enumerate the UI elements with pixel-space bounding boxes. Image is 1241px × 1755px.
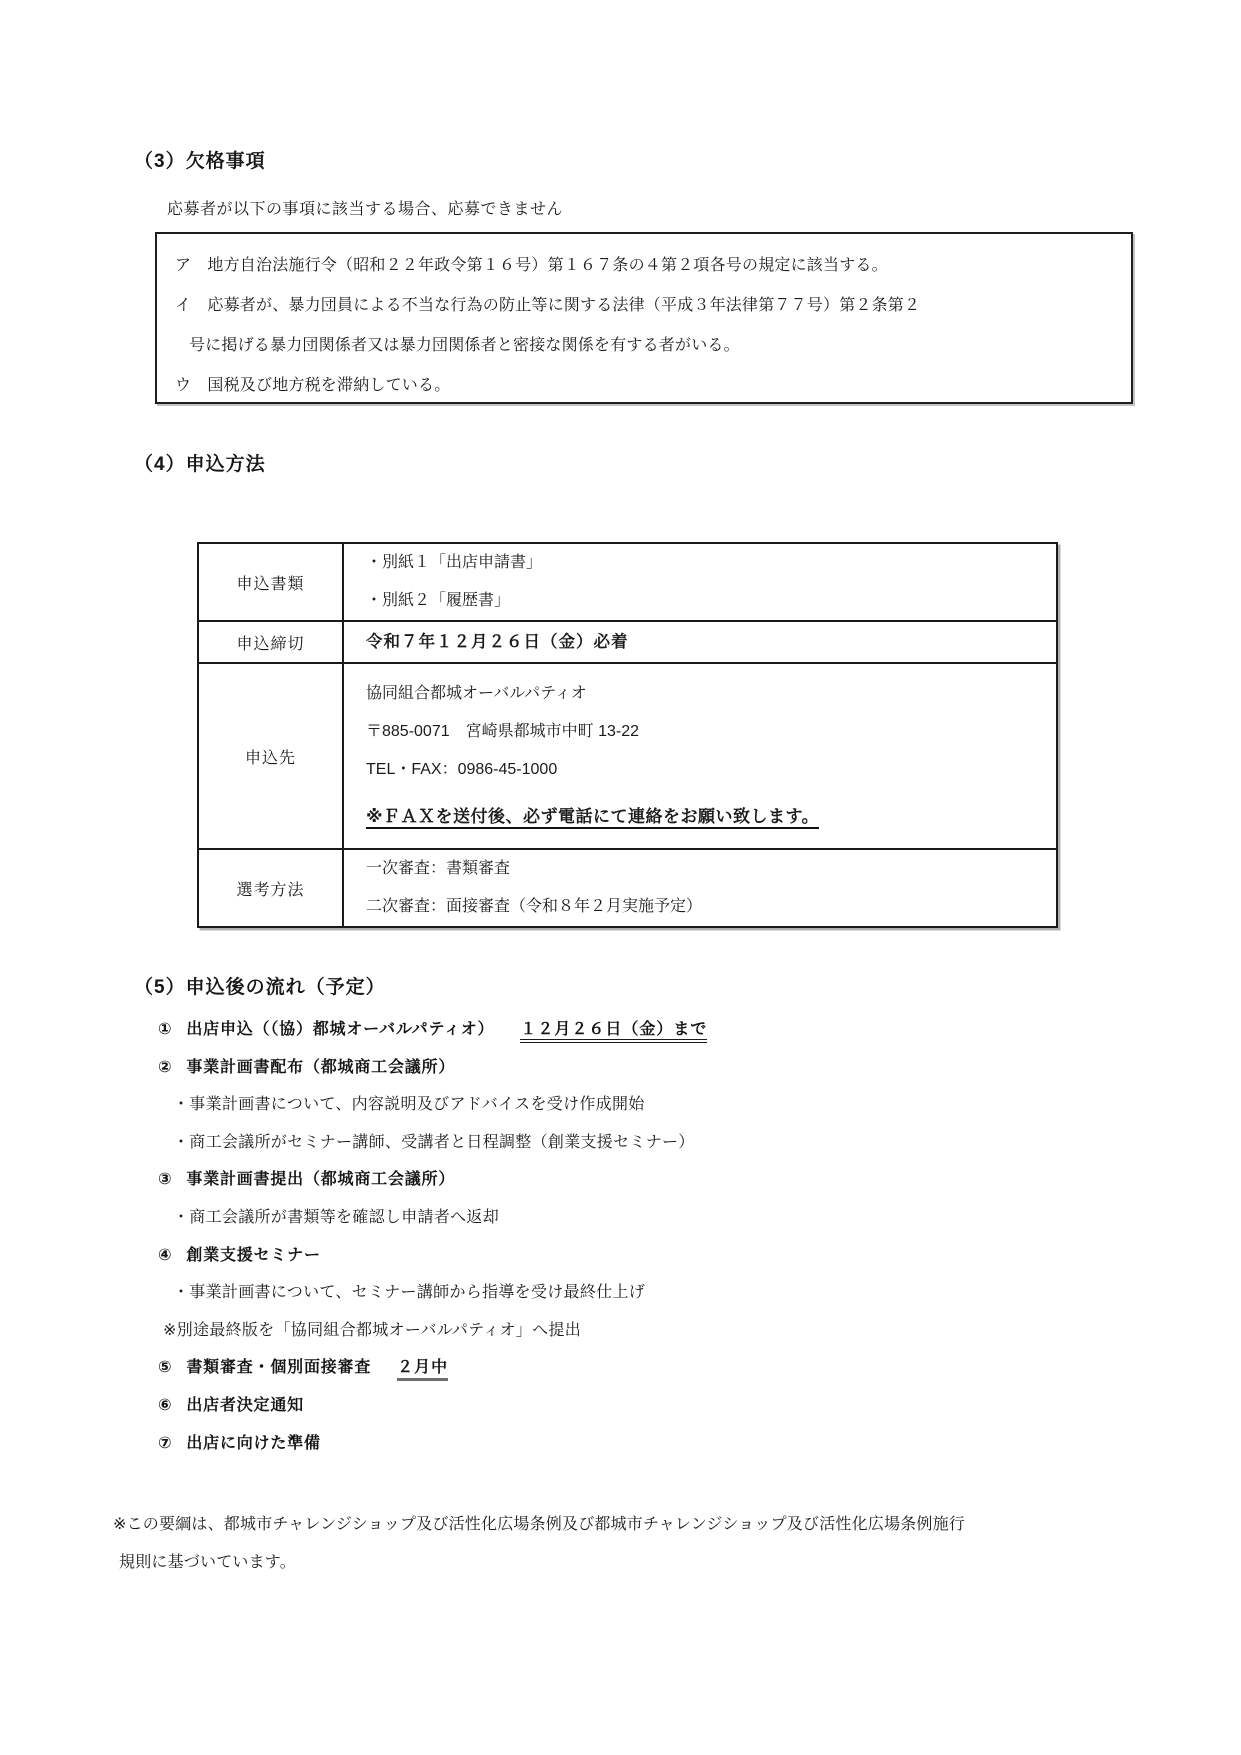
- row-label-documents: 申込書類: [198, 543, 343, 621]
- step-2-title: ②事業計画書配布（都城商工会議所）: [158, 1049, 1108, 1087]
- step-5-title: ⑤書類審査・個別面接審査２月中: [158, 1349, 1108, 1387]
- step-3-note: ・商工会議所が書類等を確認し申請者へ返却: [158, 1199, 1108, 1237]
- row-value-documents: ・別紙１「出店申請書」 ・別紙２「履歴書」: [343, 543, 1057, 621]
- step-2-note: ・事業計画書について、内容説明及びアドバイスを受け作成開始: [158, 1086, 1108, 1124]
- table-row-destination: 申込先 協同組合都城オーバルパティオ 〒885-0071 宮崎県都城市中町 13…: [198, 663, 1057, 849]
- step-4-title: ④創業支援セミナー: [158, 1237, 1108, 1275]
- footer-note: ※この要綱は、都城市チャレンジショップ及び活性化広場条例及び都城市チャレンジショ…: [113, 1506, 1173, 1582]
- deadline-text: 令和７年１２月２６日（金）必着: [366, 623, 1056, 661]
- box-item-i-line2: 号に掲げる暴力団関係者又は暴力団関係者と密接な関係を有する者がいる。: [175, 326, 1117, 366]
- step-6-number: ⑥: [158, 1397, 172, 1414]
- table-row-selection: 選考方法 一次審査：書類審査 二次審査：面接審査（令和８年２月実施予定）: [198, 849, 1057, 927]
- row-value-selection: 一次審査：書類審査 二次審査：面接審査（令和８年２月実施予定）: [343, 849, 1057, 927]
- step-7-text: 出店に向けた準備: [186, 1435, 320, 1452]
- row-label-selection: 選考方法: [198, 849, 343, 927]
- table-row-documents: 申込書類 ・別紙１「出店申請書」 ・別紙２「履歴書」: [198, 543, 1057, 621]
- section3-heading: （3）欠格事項: [134, 146, 266, 173]
- selection-line: 一次審査：書類審査: [366, 850, 1056, 888]
- destination-org: 協同組合都城オーバルパティオ: [366, 675, 1056, 713]
- row-value-deadline: 令和７年１２月２６日（金）必着: [343, 621, 1057, 663]
- section4-heading: （4）申込方法: [134, 449, 266, 476]
- box-item-a: ア 地方自治法施行令（昭和２２年政令第１６号）第１６７条の４第２項各号の規定に該…: [175, 246, 1117, 286]
- destination-address: 〒885-0071 宮崎県都城市中町 13-22: [366, 713, 1056, 751]
- document-page: （3）欠格事項 応募者が以下の事項に該当する場合、応募できません ア 地方自治法…: [0, 0, 1241, 1755]
- step-7-number: ⑦: [158, 1435, 172, 1452]
- step-1-text: 出店申込（（協）都城オーバルパティオ）: [186, 1021, 494, 1038]
- step-2-text: 事業計画書配布（都城商工会議所）: [186, 1059, 455, 1076]
- step-3-number: ③: [158, 1171, 172, 1188]
- step-5-number: ⑤: [158, 1359, 172, 1376]
- step-1-deadline: １２月２６日（金）まで: [520, 1021, 707, 1043]
- footer-line-2: 規則に基づいています。: [113, 1544, 1173, 1582]
- step-4-extra-note: ※別途最終版を「協同組合都城オーバルパティオ」へ提出: [158, 1312, 1108, 1350]
- step-3-title: ③事業計画書提出（都城商工会議所）: [158, 1161, 1108, 1199]
- step-2-note: ・商工会議所がセミナー講師、受講者と日程調整（創業支援セミナー）: [158, 1124, 1108, 1162]
- step-6-title: ⑥出店者決定通知: [158, 1387, 1108, 1425]
- step-3-text: 事業計画書提出（都城商工会議所）: [186, 1171, 455, 1188]
- box-item-i-line1: イ 応募者が、暴力団員による不当な行為の防止等に関する法律（平成３年法律第７７号…: [175, 286, 1117, 326]
- step-1-number: ①: [158, 1021, 172, 1038]
- disqualification-box: ア 地方自治法施行令（昭和２２年政令第１６号）第１６７条の４第２項各号の規定に該…: [155, 232, 1133, 404]
- fax-warning-text: ※ＦＡＸを送付後、必ず電話にて連絡をお願い致します。: [366, 807, 819, 829]
- section5-heading: （5）申込後の流れ（予定）: [134, 972, 386, 999]
- step-5-deadline: ２月中: [397, 1359, 448, 1381]
- application-method-table: 申込書類 ・別紙１「出店申請書」 ・別紙２「履歴書」 申込締切 令和７年１２月２…: [197, 542, 1058, 928]
- step-4-note: ・事業計画書について、セミナー講師から指導を受け最終仕上げ: [158, 1274, 1108, 1312]
- destination-tel-fax: TEL・FAX：0986-45-1000: [366, 751, 1056, 789]
- footer-line-1: ※この要綱は、都城市チャレンジショップ及び活性化広場条例及び都城市チャレンジショ…: [113, 1506, 1173, 1544]
- box-item-u: ウ 国税及び地方税を滞納している。: [175, 366, 1117, 406]
- document-line: ・別紙２「履歴書」: [366, 582, 1056, 620]
- document-line: ・別紙１「出店申請書」: [366, 544, 1056, 582]
- fax-warning-line: ※ＦＡＸを送付後、必ず電話にて連絡をお願い致します。: [366, 798, 1056, 837]
- step-1-title: ①出店申込（（協）都城オーバルパティオ）１２月２６日（金）まで: [158, 1011, 1108, 1049]
- row-label-destination: 申込先: [198, 663, 343, 849]
- selection-line: 二次審査：面接審査（令和８年２月実施予定）: [366, 888, 1056, 926]
- step-4-number: ④: [158, 1247, 172, 1264]
- step-7-title: ⑦出店に向けた準備: [158, 1425, 1108, 1463]
- steps-list: ①出店申込（（協）都城オーバルパティオ）１２月２６日（金）まで ②事業計画書配布…: [158, 1011, 1108, 1462]
- table-row-deadline: 申込締切 令和７年１２月２６日（金）必着: [198, 621, 1057, 663]
- step-2-number: ②: [158, 1059, 172, 1076]
- step-6-text: 出店者決定通知: [186, 1397, 304, 1414]
- step-5-text: 書類審査・個別面接審査: [186, 1359, 371, 1376]
- row-value-destination: 協同組合都城オーバルパティオ 〒885-0071 宮崎県都城市中町 13-22 …: [343, 663, 1057, 849]
- section3-intro: 応募者が以下の事項に該当する場合、応募できません: [167, 196, 563, 219]
- row-label-deadline: 申込締切: [198, 621, 343, 663]
- step-4-text: 創業支援セミナー: [186, 1247, 320, 1264]
